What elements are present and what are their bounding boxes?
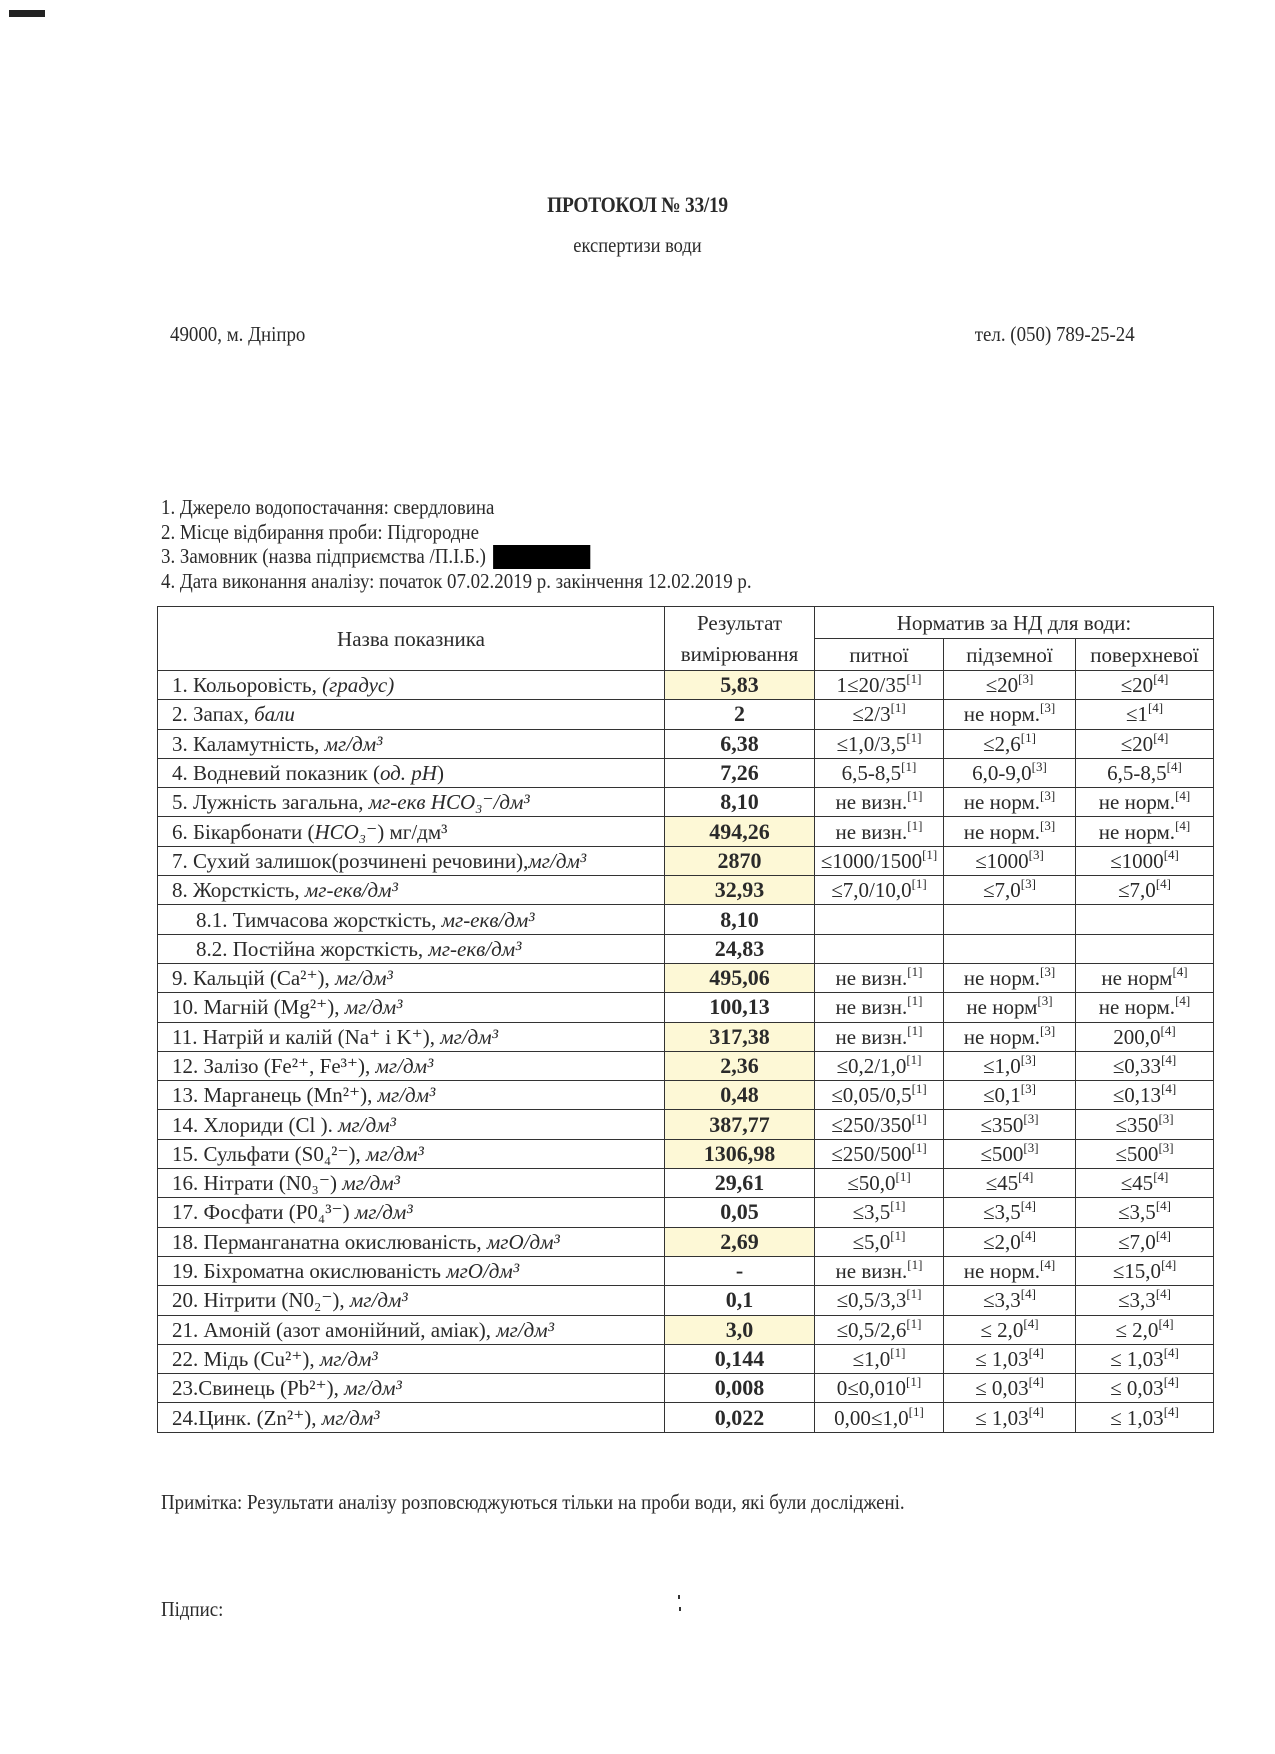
customer-label: 3. Замовник (назва підприємства /П.І.Б.) bbox=[161, 544, 486, 568]
customer-redaction bbox=[493, 545, 590, 569]
norm-value: ≤7,0 bbox=[983, 878, 1021, 902]
norm-surface: ≤7,0[4] bbox=[1076, 1227, 1214, 1256]
measurement-result: 100,13 bbox=[665, 993, 815, 1022]
indicator-label: 7. Сухий залишок(розчинені речовини), bbox=[172, 849, 528, 873]
table-row: 18. Перманганатна окислюваність, мгО/дм³… bbox=[158, 1227, 1214, 1256]
norm-reference: [3] bbox=[1037, 993, 1052, 1008]
norm-surface: ≤45[4] bbox=[1076, 1169, 1214, 1198]
measurement-result: 32,93 bbox=[665, 876, 815, 905]
results-table: Назва показника Результат Норматив за НД… bbox=[157, 606, 1214, 1433]
norm-reference: [4] bbox=[1153, 1169, 1168, 1184]
indicator-name: 14. Хлориди (Cl ). мг/дм³ bbox=[158, 1110, 665, 1139]
norm-value: ≤0,05/0,5 bbox=[831, 1083, 911, 1107]
norm-potable: не визн.[1] bbox=[815, 993, 944, 1022]
norm-reference: [3] bbox=[1040, 964, 1055, 979]
table-header-row-1: Назва показника Результат Норматив за НД… bbox=[158, 607, 1214, 639]
norm-reference: [3] bbox=[1158, 1111, 1173, 1126]
table-row: 13. Марганець (Mn²⁺), мг/дм³0,48≤0,05/0,… bbox=[158, 1081, 1214, 1110]
norm-underground: ≤ 1,03[4] bbox=[944, 1403, 1076, 1432]
norm-reference: [3] bbox=[1040, 1023, 1055, 1038]
norm-surface: ≤0,33[4] bbox=[1076, 1051, 1214, 1080]
norm-value: ≤1,0 bbox=[983, 1054, 1021, 1078]
indicator-label: 3. Каламутність, bbox=[172, 732, 325, 756]
norm-potable bbox=[815, 934, 944, 963]
norm-underground: не норм.[3] bbox=[944, 817, 1076, 846]
table-row: 21. Амоній (азот амонійний, аміак), мг/д… bbox=[158, 1315, 1214, 1344]
norm-underground: ≤ 0,03[4] bbox=[944, 1374, 1076, 1403]
norm-value: ≤50,0 bbox=[847, 1171, 895, 1195]
norm-reference: [1] bbox=[912, 876, 927, 891]
norm-reference: [4] bbox=[1164, 847, 1179, 862]
norm-value: ≤2,6 bbox=[983, 732, 1021, 756]
norm-reference: [3] bbox=[1158, 1140, 1173, 1155]
norm-surface: не норм[4] bbox=[1076, 963, 1214, 992]
table-row: 11. Натрій и калій (Na⁺ і K⁺), мг/дм³317… bbox=[158, 1022, 1214, 1051]
norm-underground: не норм.[3] bbox=[944, 788, 1076, 817]
header-norm-group: Норматив за НД для води: bbox=[815, 607, 1214, 639]
norm-value: ≤ 1,03 bbox=[1110, 1347, 1164, 1371]
table-row: 9. Кальцій (Ca²⁺), мг/дм³495,06не визн.[… bbox=[158, 963, 1214, 992]
norm-potable: ≤1,0/3,5[1] bbox=[815, 729, 944, 758]
indicator-name: 2. Запах, бали bbox=[158, 700, 665, 729]
norm-surface: не норм.[4] bbox=[1076, 993, 1214, 1022]
norm-reference: [4] bbox=[1156, 1198, 1171, 1213]
norm-potable bbox=[815, 905, 944, 934]
norm-value: не визн. bbox=[836, 1025, 908, 1049]
measurement-result: 8,10 bbox=[665, 788, 815, 817]
indicator-unit: мг/дм³ bbox=[338, 1113, 396, 1137]
measurement-result: 24,83 bbox=[665, 934, 815, 963]
norm-value: ≤1,0/3,5 bbox=[836, 732, 906, 756]
norm-underground: ≤2,0[4] bbox=[944, 1227, 1076, 1256]
norm-underground: не норм[3] bbox=[944, 993, 1076, 1022]
norm-reference: [4] bbox=[1156, 876, 1171, 891]
norm-reference: [3] bbox=[1040, 788, 1055, 803]
measurement-result: 0,1 bbox=[665, 1286, 815, 1315]
norm-reference: [1] bbox=[912, 1081, 927, 1096]
norm-surface: не норм.[4] bbox=[1076, 817, 1214, 846]
norm-value: не норм. bbox=[964, 790, 1040, 814]
norm-value: не визн. bbox=[836, 820, 908, 844]
indicator-unit: (градус) bbox=[322, 673, 394, 697]
norm-value: ≤500 bbox=[1115, 1142, 1158, 1166]
norm-value: не норм. bbox=[964, 702, 1040, 726]
measurement-result: 29,61 bbox=[665, 1169, 815, 1198]
table-row: 24.Цинк. (Zn²⁺), мг/дм³0,0220,00≤1,0[1]≤… bbox=[158, 1403, 1214, 1432]
indicator-label: 15. Сульфати (S0₄²⁻), bbox=[172, 1142, 366, 1166]
norm-value: 6,5-8,5 bbox=[842, 761, 902, 785]
norm-surface: 6,5-8,5[4] bbox=[1076, 758, 1214, 787]
norm-value: не визн. bbox=[836, 995, 908, 1019]
norm-reference: [4] bbox=[1161, 1257, 1176, 1272]
norm-reference: [4] bbox=[1021, 1198, 1036, 1213]
norm-value: ≤ 0,03 bbox=[975, 1376, 1029, 1400]
header-surface: поверхневої bbox=[1076, 639, 1214, 671]
norm-reference: [1] bbox=[907, 1257, 922, 1272]
indicator-name: 17. Фосфати (P0₄³⁻) мг/дм³ bbox=[158, 1198, 665, 1227]
norm-potable: ≤3,5[1] bbox=[815, 1198, 944, 1227]
norm-surface: ≤ 0,03[4] bbox=[1076, 1374, 1214, 1403]
norm-value: ≤7,0 bbox=[1118, 878, 1156, 902]
indicator-name: 20. Нітрити (N0₂⁻), мг/дм³ bbox=[158, 1286, 665, 1315]
indicator-label: 14. Хлориди (Cl ). bbox=[172, 1113, 338, 1137]
norm-value: не норм bbox=[1101, 966, 1172, 990]
norm-value: не визн. bbox=[836, 966, 908, 990]
norm-reference: [3] bbox=[1021, 1052, 1036, 1067]
table-row: 6. Бікарбонати (HCO₃⁻) мг/дм³494,26не ви… bbox=[158, 817, 1214, 846]
norm-value: не норм. bbox=[964, 1025, 1040, 1049]
measurement-result: 0,022 bbox=[665, 1403, 815, 1432]
indicator-label-suffix: ) bbox=[437, 761, 444, 785]
norm-reference: [1] bbox=[907, 964, 922, 979]
indicator-unit: мг-екв/дм³ bbox=[428, 937, 521, 961]
norm-surface: ≤500[3] bbox=[1076, 1139, 1214, 1168]
norm-value: ≤ 1,03 bbox=[975, 1406, 1029, 1430]
indicator-label: 4. Водневий показник ( bbox=[172, 761, 380, 785]
indicator-unit: мг/дм³ bbox=[345, 995, 403, 1019]
norm-reference: [1] bbox=[906, 1286, 921, 1301]
norm-value: ≤7,0/10,0 bbox=[831, 878, 911, 902]
measurement-result: 5,83 bbox=[665, 671, 815, 700]
norm-underground: ≤1000[3] bbox=[944, 846, 1076, 875]
norm-surface: ≤3,3[4] bbox=[1076, 1286, 1214, 1315]
header-underground: підземної bbox=[944, 639, 1076, 671]
indicator-name: 24.Цинк. (Zn²⁺), мг/дм³ bbox=[158, 1403, 665, 1432]
indicator-name: 21. Амоній (азот амонійний, аміак), мг/д… bbox=[158, 1315, 665, 1344]
indicator-name: 15. Сульфати (S0₄²⁻), мг/дм³ bbox=[158, 1139, 665, 1168]
table-row: 3. Каламутність, мг/дм³6,38≤1,0/3,5[1]≤2… bbox=[158, 729, 1214, 758]
norm-reference: [4] bbox=[1164, 1374, 1179, 1389]
norm-reference: [3] bbox=[1040, 818, 1055, 833]
norm-potable: не визн.[1] bbox=[815, 1022, 944, 1051]
norm-value: ≤20 bbox=[1121, 732, 1154, 756]
measurement-result: 0,008 bbox=[665, 1374, 815, 1403]
norm-potable: ≤250/350[1] bbox=[815, 1110, 944, 1139]
indicator-name: 13. Марганець (Mn²⁺), мг/дм³ bbox=[158, 1081, 665, 1110]
indicator-label: 23.Свинець (Pb²⁺), bbox=[172, 1376, 344, 1400]
measurement-result: 0,144 bbox=[665, 1344, 815, 1373]
norm-reference: [4] bbox=[1167, 759, 1182, 774]
norm-surface: ≤ 1,03[4] bbox=[1076, 1403, 1214, 1432]
norm-surface: ≤ 1,03[4] bbox=[1076, 1344, 1214, 1373]
norm-surface: ≤3,5[4] bbox=[1076, 1198, 1214, 1227]
norm-reference: [4] bbox=[1040, 1257, 1055, 1272]
norm-potable: не визн.[1] bbox=[815, 788, 944, 817]
indicator-name: 23.Свинець (Pb²⁺), мг/дм³ bbox=[158, 1374, 665, 1403]
document-subtitle: експертизи води bbox=[77, 233, 1199, 258]
indicator-label: 2. Запах, bbox=[172, 702, 254, 726]
water-source: 1. Джерело водопостачання: свердловина bbox=[161, 495, 752, 520]
norm-reference: [3] bbox=[1021, 876, 1036, 891]
norm-potable: не визн.[1] bbox=[815, 817, 944, 846]
norm-value: 6,0-9,0 bbox=[972, 761, 1032, 785]
norm-reference: [1] bbox=[907, 788, 922, 803]
norm-reference: [1] bbox=[912, 1140, 927, 1155]
norm-value: ≤3,5 bbox=[983, 1200, 1021, 1224]
indicator-unit: мг/дм³ bbox=[342, 1171, 400, 1195]
norm-value: не норм bbox=[966, 995, 1037, 1019]
norm-value: 1≤20/35 bbox=[836, 673, 906, 697]
norm-value: ≤0,5/3,3 bbox=[836, 1288, 906, 1312]
indicator-unit: мг/дм³ bbox=[320, 1347, 378, 1371]
norm-value: ≤250/350 bbox=[831, 1113, 911, 1137]
measurement-result: 3,0 bbox=[665, 1315, 815, 1344]
norm-reference: [1] bbox=[890, 1228, 905, 1243]
table-row: 1. Кольоровість, (градус)5,831≤20/35[1]≤… bbox=[158, 671, 1214, 700]
measurement-result: - bbox=[665, 1256, 815, 1285]
norm-reference: [1] bbox=[907, 993, 922, 1008]
norm-value: ≤7,0 bbox=[1118, 1230, 1156, 1254]
norm-reference: [1] bbox=[907, 1023, 922, 1038]
norm-underground: ≤3,3[4] bbox=[944, 1286, 1076, 1315]
indicator-unit: мг-екв/дм³ bbox=[305, 878, 398, 902]
norm-underground: ≤0,1[3] bbox=[944, 1081, 1076, 1110]
norm-potable: ≤0,5/3,3[1] bbox=[815, 1286, 944, 1315]
norm-value: ≤1000/1500 bbox=[821, 849, 922, 873]
indicator-name: 22. Мідь (Cu²⁺), мг/дм³ bbox=[158, 1344, 665, 1373]
indicator-label: 21. Амоній (азот амонійний, аміак), bbox=[172, 1318, 496, 1342]
indicator-name: 12. Залізо (Fe²⁺, Fe³⁺), мг/дм³ bbox=[158, 1051, 665, 1080]
norm-potable: ≤250/500[1] bbox=[815, 1139, 944, 1168]
table-row: 17. Фосфати (P0₄³⁻) мг/дм³0,05≤3,5[1]≤3,… bbox=[158, 1198, 1214, 1227]
norm-value: 6,5-8,5 bbox=[1107, 761, 1167, 785]
measurement-result: 2870 bbox=[665, 846, 815, 875]
table-row: 14. Хлориди (Cl ). мг/дм³387,77≤250/350[… bbox=[158, 1110, 1214, 1139]
norm-surface: ≤ 2,0[4] bbox=[1076, 1315, 1214, 1344]
indicator-label: 20. Нітрити (N0₂⁻), bbox=[172, 1288, 350, 1312]
norm-value: 0,00≤1,0 bbox=[834, 1406, 909, 1430]
norm-potable: 6,5-8,5[1] bbox=[815, 758, 944, 787]
scan-speck bbox=[679, 1607, 681, 1611]
norm-surface: ≤350[3] bbox=[1076, 1110, 1214, 1139]
document-title: ПРОТОКОЛ № 33/19 bbox=[77, 192, 1199, 218]
norm-reference: [1] bbox=[909, 1404, 924, 1419]
norm-value: не норм. bbox=[964, 966, 1040, 990]
header-result-line2: вимірювання bbox=[665, 639, 815, 671]
norm-reference: [1] bbox=[890, 1345, 905, 1360]
norm-value: не норм. bbox=[964, 820, 1040, 844]
analysis-dates: 4. Дата виконання аналізу: початок 07.02… bbox=[161, 569, 752, 594]
norm-underground: ≤ 1,03[4] bbox=[944, 1344, 1076, 1373]
indicator-name: 7. Сухий залишок(розчинені речовини),мг/… bbox=[158, 846, 665, 875]
indicator-unit: мг/дм³ bbox=[335, 966, 393, 990]
indicator-unit: од. pH bbox=[380, 761, 437, 785]
lab-phone: тел. (050) 789-25-24 bbox=[975, 322, 1135, 347]
norm-value: ≤20 bbox=[986, 673, 1019, 697]
measurement-result: 2,69 bbox=[665, 1227, 815, 1256]
norm-reference: [1] bbox=[906, 1052, 921, 1067]
norm-value: ≤15,0 bbox=[1113, 1259, 1161, 1283]
sampling-place: 2. Місце відбирання проби: Підгородне bbox=[161, 520, 752, 545]
indicator-name: 3. Каламутність, мг/дм³ bbox=[158, 729, 665, 758]
norm-reference: [4] bbox=[1164, 1404, 1179, 1419]
norm-value: ≤ 0,03 bbox=[1110, 1376, 1164, 1400]
table-row: 8.1. Тимчасова жорсткість, мг-екв/дм³8,1… bbox=[158, 905, 1214, 934]
measurement-result: 7,26 bbox=[665, 758, 815, 787]
norm-potable: 1≤20/35[1] bbox=[815, 671, 944, 700]
indicator-unit: мг-екв HCO₃⁻/дм³ bbox=[369, 790, 530, 814]
indicator-name: 8.1. Тимчасова жорсткість, мг-екв/дм³ bbox=[158, 905, 665, 934]
norm-value: ≤ 1,03 bbox=[1110, 1406, 1164, 1430]
norm-value: ≤0,2/1,0 bbox=[836, 1054, 906, 1078]
norm-reference: [4] bbox=[1029, 1374, 1044, 1389]
norm-underground: ≤3,5[4] bbox=[944, 1198, 1076, 1227]
norm-reference: [3] bbox=[1018, 671, 1033, 686]
indicator-unit: мг/дм³ bbox=[344, 1376, 402, 1400]
norm-underground bbox=[944, 934, 1076, 963]
customer-line: 3. Замовник (назва підприємства /П.І.Б.) bbox=[161, 544, 752, 569]
norm-potable: ≤50,0[1] bbox=[815, 1169, 944, 1198]
indicator-label: 13. Марганець (Mn²⁺), bbox=[172, 1083, 378, 1107]
norm-value: ≤45 bbox=[1121, 1171, 1154, 1195]
norm-surface: ≤20[4] bbox=[1076, 671, 1214, 700]
norm-potable: ≤2/3[1] bbox=[815, 700, 944, 729]
scan-artifact-mark bbox=[9, 10, 45, 17]
norm-value: ≤ 2,0 bbox=[1115, 1318, 1158, 1342]
norm-value: ≤0,13 bbox=[1113, 1083, 1161, 1107]
norm-underground: ≤ 2,0[4] bbox=[944, 1315, 1076, 1344]
norm-surface: не норм.[4] bbox=[1076, 788, 1214, 817]
lab-address: 49000, м. Дніпро bbox=[170, 322, 305, 347]
norm-value: ≤5,0 bbox=[853, 1230, 891, 1254]
norm-reference: [1] bbox=[912, 1111, 927, 1126]
norm-potable: ≤5,0[1] bbox=[815, 1227, 944, 1256]
scan-speck bbox=[678, 1595, 680, 1599]
table-row: 4. Водневий показник (од. pH)7,266,5-8,5… bbox=[158, 758, 1214, 787]
table-row: 8.2. Постійна жорсткість, мг-екв/дм³24,8… bbox=[158, 934, 1214, 963]
indicator-name: 16. Нітрати (N0₃⁻) мг/дм³ bbox=[158, 1169, 665, 1198]
norm-value: ≤ 1,03 bbox=[975, 1347, 1029, 1371]
header-result-line1: Результат bbox=[665, 607, 815, 639]
norm-surface: ≤0,13[4] bbox=[1076, 1081, 1214, 1110]
norm-reference: [3] bbox=[1023, 1140, 1038, 1155]
norm-potable: ≤0,05/0,5[1] bbox=[815, 1081, 944, 1110]
norm-reference: [4] bbox=[1161, 1023, 1176, 1038]
indicator-label: 19. Біхроматна окислюваність bbox=[172, 1259, 446, 1283]
norm-potable: ≤1,0[1] bbox=[815, 1344, 944, 1373]
norm-value: ≤1,0 bbox=[853, 1347, 891, 1371]
measurement-result: 6,38 bbox=[665, 729, 815, 758]
norm-value: не норм. bbox=[1099, 790, 1175, 814]
norm-value: ≤1 bbox=[1126, 702, 1148, 726]
norm-value: ≤3,3 bbox=[983, 1288, 1021, 1312]
table-row: 2. Запах, бали2≤2/3[1]не норм.[3]≤1[4] bbox=[158, 700, 1214, 729]
measurement-result: 0,48 bbox=[665, 1081, 815, 1110]
norm-underground: не норм.[3] bbox=[944, 700, 1076, 729]
indicator-name: 8.2. Постійна жорсткість, мг-екв/дм³ bbox=[158, 934, 665, 963]
norm-underground: не норм.[4] bbox=[944, 1256, 1076, 1285]
table-row: 12. Залізо (Fe²⁺, Fe³⁺), мг/дм³2,36≤0,2/… bbox=[158, 1051, 1214, 1080]
norm-reference: [4] bbox=[1156, 1286, 1171, 1301]
indicator-unit: HCO₃⁻ bbox=[314, 820, 377, 844]
norm-value: не визн. bbox=[836, 1259, 908, 1283]
indicator-label: 18. Перманганатна окислюваність, bbox=[172, 1230, 487, 1254]
norm-value: ≤1000 bbox=[975, 849, 1029, 873]
indicator-name: 18. Перманганатна окислюваність, мгО/дм³ bbox=[158, 1227, 665, 1256]
indicator-label: 5. Лужність загальна, bbox=[172, 790, 369, 814]
norm-value: 200,0 bbox=[1113, 1025, 1160, 1049]
norm-reference: [4] bbox=[1161, 1081, 1176, 1096]
norm-potable: ≤0,5/2,6[1] bbox=[815, 1315, 944, 1344]
norm-underground: ≤7,0[3] bbox=[944, 876, 1076, 905]
norm-value: ≤0,5/2,6 bbox=[836, 1318, 906, 1342]
indicator-unit: мг/дм³ bbox=[325, 732, 383, 756]
norm-underground: ≤20[3] bbox=[944, 671, 1076, 700]
norm-potable: не визн.[1] bbox=[815, 1256, 944, 1285]
norm-value: ≤0,33 bbox=[1113, 1054, 1161, 1078]
footnote: Примітка: Результати аналізу розповсюджу… bbox=[161, 1490, 905, 1515]
measurement-result: 387,77 bbox=[665, 1110, 815, 1139]
indicator-label: 10. Магній (Mg²⁺), bbox=[172, 995, 345, 1019]
norm-surface: ≤7,0[4] bbox=[1076, 876, 1214, 905]
indicator-label: 17. Фосфати (P0₄³⁻) bbox=[172, 1200, 355, 1224]
norm-value: ≤1000 bbox=[1110, 849, 1164, 873]
indicator-label: 8.2. Постійна жорсткість, bbox=[196, 937, 428, 961]
norm-potable: ≤7,0/10,0[1] bbox=[815, 876, 944, 905]
norm-value: ≤350 bbox=[980, 1113, 1023, 1137]
norm-reference: [4] bbox=[1158, 1316, 1173, 1331]
indicator-name: 5. Лужність загальна, мг-екв HCO₃⁻/дм³ bbox=[158, 788, 665, 817]
norm-potable: ≤0,2/1,0[1] bbox=[815, 1051, 944, 1080]
norm-potable: 0≤0,010[1] bbox=[815, 1374, 944, 1403]
indicator-name: 6. Бікарбонати (HCO₃⁻) мг/дм³ bbox=[158, 817, 665, 846]
norm-underground: 6,0-9,0[3] bbox=[944, 758, 1076, 787]
norm-value: ≤45 bbox=[986, 1171, 1019, 1195]
norm-potable: ≤1000/1500[1] bbox=[815, 846, 944, 875]
norm-underground: не норм.[3] bbox=[944, 1022, 1076, 1051]
table-row: 20. Нітрити (N0₂⁻), мг/дм³0,1≤0,5/3,3[1]… bbox=[158, 1286, 1214, 1315]
indicator-unit: бали bbox=[254, 702, 295, 726]
norm-reference: [4] bbox=[1023, 1316, 1038, 1331]
norm-reference: [4] bbox=[1164, 1345, 1179, 1360]
norm-reference: [4] bbox=[1029, 1345, 1044, 1360]
indicator-unit: мг/дм³ bbox=[355, 1200, 413, 1224]
table-row: 19. Біхроматна окислюваність мгО/дм³-не … bbox=[158, 1256, 1214, 1285]
norm-value: ≤0,1 bbox=[983, 1083, 1021, 1107]
indicator-name: 11. Натрій и калій (Na⁺ і K⁺), мг/дм³ bbox=[158, 1022, 665, 1051]
indicator-unit: мгО/дм³ bbox=[446, 1259, 519, 1283]
norm-reference: [4] bbox=[1018, 1169, 1033, 1184]
norm-reference: [4] bbox=[1172, 964, 1187, 979]
norm-reference: [4] bbox=[1148, 700, 1163, 715]
norm-value: ≤2,0 bbox=[983, 1230, 1021, 1254]
norm-reference: [1] bbox=[922, 847, 937, 862]
norm-surface: ≤1[4] bbox=[1076, 700, 1214, 729]
norm-surface: ≤20[4] bbox=[1076, 729, 1214, 758]
norm-reference: [1] bbox=[906, 1316, 921, 1331]
indicator-name: 9. Кальцій (Ca²⁺), мг/дм³ bbox=[158, 963, 665, 992]
norm-potable: 0,00≤1,0[1] bbox=[815, 1403, 944, 1432]
norm-surface: ≤15,0[4] bbox=[1076, 1256, 1214, 1285]
indicator-unit: мгО/дм³ bbox=[487, 1230, 560, 1254]
norm-value: ≤ 2,0 bbox=[980, 1318, 1023, 1342]
norm-reference: [3] bbox=[1021, 1081, 1036, 1096]
table-row: 23.Свинець (Pb²⁺), мг/дм³0,0080≤0,010[1]… bbox=[158, 1374, 1214, 1403]
indicator-unit: мг/дм³ bbox=[496, 1318, 554, 1342]
indicator-label: 22. Мідь (Cu²⁺), bbox=[172, 1347, 320, 1371]
norm-surface: ≤1000[4] bbox=[1076, 846, 1214, 875]
norm-reference: [1] bbox=[1021, 730, 1036, 745]
norm-reference: [4] bbox=[1153, 730, 1168, 745]
indicator-label: 8.1. Тимчасова жорсткість, bbox=[196, 908, 442, 932]
norm-reference: [1] bbox=[901, 759, 916, 774]
norm-reference: [4] bbox=[1021, 1228, 1036, 1243]
norm-underground: ≤1,0[3] bbox=[944, 1051, 1076, 1080]
indicator-name: 4. Водневий показник (од. pH) bbox=[158, 758, 665, 787]
measurement-result: 2 bbox=[665, 700, 815, 729]
indicator-label: 6. Бікарбонати ( bbox=[172, 820, 314, 844]
norm-reference: [1] bbox=[906, 671, 921, 686]
